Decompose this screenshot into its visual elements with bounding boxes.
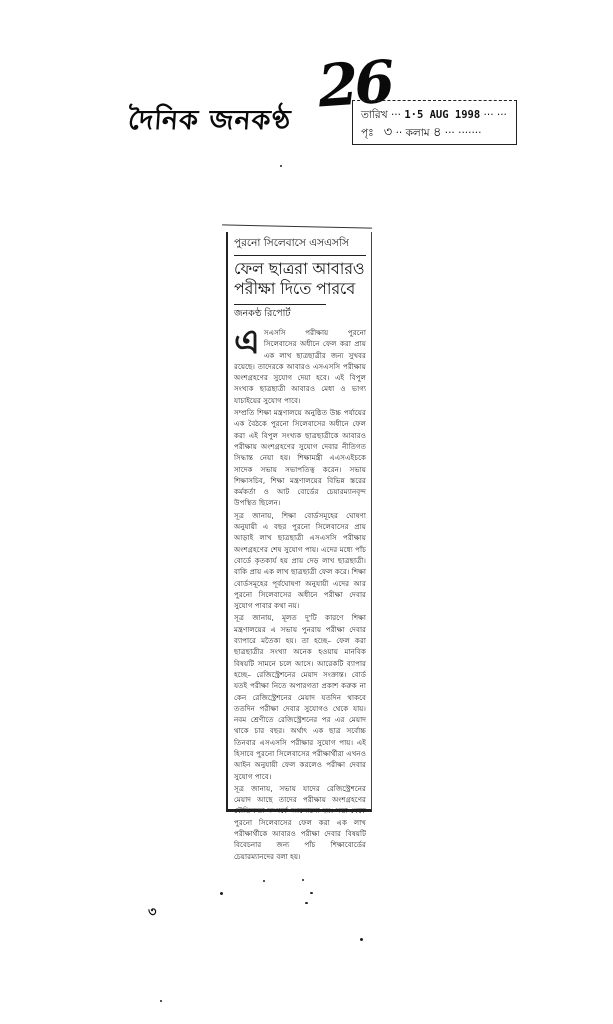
scan-speck — [360, 938, 363, 941]
dotted-leader: ··· — [391, 109, 404, 121]
article-paragraph: সূত্র জানায়, মূলত দু'টি কারণে শিক্ষা মন… — [234, 612, 366, 781]
stamp-date-label: তারিখ — [361, 109, 388, 121]
scan-speck — [310, 892, 313, 894]
article-paragraph: সূত্র জানায়, শিক্ষা বোর্ডসমূহের ঘোষণা অ… — [234, 510, 366, 612]
stamp-page-row: পৃঃ ৩ ·· কলাম ৪ ··· ······· — [361, 124, 516, 142]
stamp-column-label: কলাম — [406, 127, 430, 139]
scan-speck — [302, 879, 304, 881]
article-paragraph: সম্প্রতি শিক্ষা মন্ত্রণালয়ে অনুষ্ঠিত উচ… — [234, 407, 366, 509]
scan-speck — [305, 902, 308, 904]
scan-speck — [160, 1000, 162, 1002]
dotted-leader: ··· ······· — [445, 127, 482, 139]
stray-bottom-glyph: ৩ — [148, 903, 156, 924]
dotted-leader — [377, 127, 380, 139]
stamp-page-label: পৃঃ — [361, 127, 374, 139]
article-paragraph: সূত্র জানায়, সভায় যাদের রেজিস্ট্রেশনের… — [234, 783, 366, 862]
article-headline: ফেল ছাত্ররা আবারও পরীক্ষা দিতে পারবে — [234, 259, 366, 299]
masthead-newspaper-name: দৈনিক জনকণ্ঠ — [126, 100, 292, 145]
newspaper-clipping: পুরনো সিলেবাসে এসএসসি ফেল ছাত্ররা আবারও … — [226, 232, 372, 812]
stamp-page-value: ৩ — [384, 125, 392, 140]
scan-speck — [280, 165, 282, 167]
scan-speck — [263, 880, 265, 882]
archive-date-stamp: তারিখ ··· 1·5 AUG 1998 ··· ··· পৃঃ ৩ ·· … — [352, 100, 517, 145]
article-body: এ সএসসি পরীক্ষায় পুরনো সিলেবাসের অধীনে … — [234, 327, 366, 862]
article-kicker: পুরনো সিলেবাসে এসএসসি — [234, 236, 366, 256]
article-byline: জনকণ্ঠ রিপোর্ট — [234, 304, 326, 322]
stamp-column-value: ৪ — [433, 125, 441, 140]
dotted-leader: ··· ··· — [484, 109, 507, 121]
dotted-leader: ·· — [396, 127, 406, 139]
stamp-date-row: তারিখ ··· 1·5 AUG 1998 ··· ··· — [361, 107, 516, 124]
scan-speck — [220, 892, 223, 895]
stamp-date-value: 1·5 AUG 1998 — [404, 109, 480, 121]
article-dropcap: এ — [234, 327, 260, 357]
